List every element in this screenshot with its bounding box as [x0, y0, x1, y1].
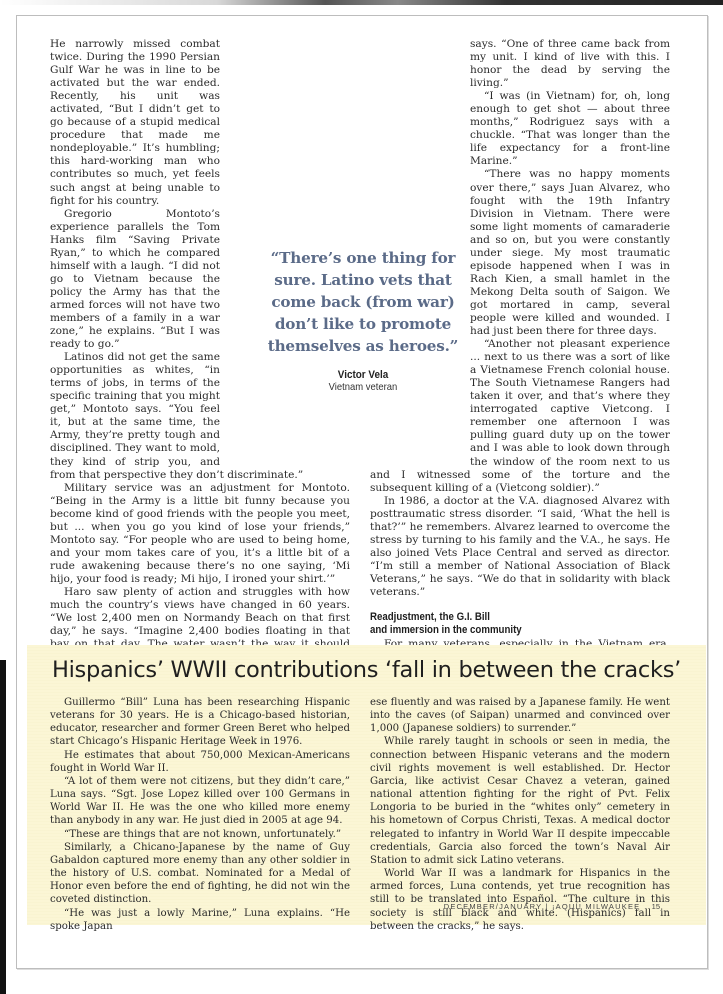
footer-publication: ¡AQUÍ! MILWAUKEE	[552, 902, 640, 911]
sidebar-headline: Hispanics’ WWII contributions ‘fall in b…	[27, 657, 706, 683]
sidebar-right-column: ese fluently and was raised by a Japanes…	[370, 696, 670, 933]
article-paragraph: “I was (in Vietnam) for, oh, long enough…	[370, 90, 670, 168]
subhead-line: Readjustment, the G.I. Bill	[370, 611, 669, 624]
sidebar-paragraph: Similarly, a Chicano-Japanese by the nam…	[50, 841, 350, 907]
sidebar-paragraph: ese fluently and was raised by a Japanes…	[370, 696, 670, 735]
footer-separator: |	[546, 902, 549, 911]
article-paragraph: In 1986, a doctor at the V.A. diag­nosed…	[370, 495, 670, 599]
sidebar-paragraph: “A lot of them were not citizens, but th…	[50, 775, 350, 828]
sidebar-paragraph: “These are things that are not known, un…	[50, 828, 350, 841]
sidebar-paragraph: While rarely taught in schools or seen i…	[370, 735, 670, 867]
article-paragraph: He narrowly missed combat twice. During …	[50, 38, 350, 208]
footer-issue: DECEMBER/JANUARY	[444, 902, 543, 911]
pull-quote: “There’s one thing for sure. Latino vets…	[250, 247, 476, 393]
pull-quote-attribution-role: Vietnam veteran	[261, 381, 464, 393]
scan-edge-left	[0, 660, 6, 994]
sidebar-paragraph: Guillermo “Bill” Luna has been researchi…	[50, 696, 350, 749]
subhead-line: and immersion in the community	[370, 624, 669, 637]
sidebar-left-column: Guillermo “Bill” Luna has been researchi…	[50, 696, 350, 933]
sidebar-paragraph: “He was just a lowly Marine,” Luna expla…	[50, 907, 350, 933]
article-paragraph: says. “One of three came back from my un…	[370, 38, 670, 90]
scan-edge-top	[0, 0, 723, 5]
page-footer: DECEMBER/JANUARY | ¡AQUÍ! MILWAUKEE 15	[444, 902, 660, 911]
pull-quote-text: “There’s one thing for sure. Latino vets…	[250, 247, 476, 357]
sidebar-paragraph: He estimates that about 750,000 Mexican-…	[50, 749, 350, 775]
sidebar-paragraph: World War II was a landmark for Hispanic…	[370, 867, 670, 933]
section-subhead: Readjustment, the G.I. Bill and immersio…	[370, 611, 669, 637]
page-number: 15	[652, 902, 660, 911]
article-paragraph: Military service was an adjustment for M…	[50, 482, 350, 586]
sidebar-box: Hispanics’ WWII contributions ‘fall in b…	[27, 645, 706, 925]
pull-quote-attribution-name: Victor Vela	[261, 369, 464, 381]
